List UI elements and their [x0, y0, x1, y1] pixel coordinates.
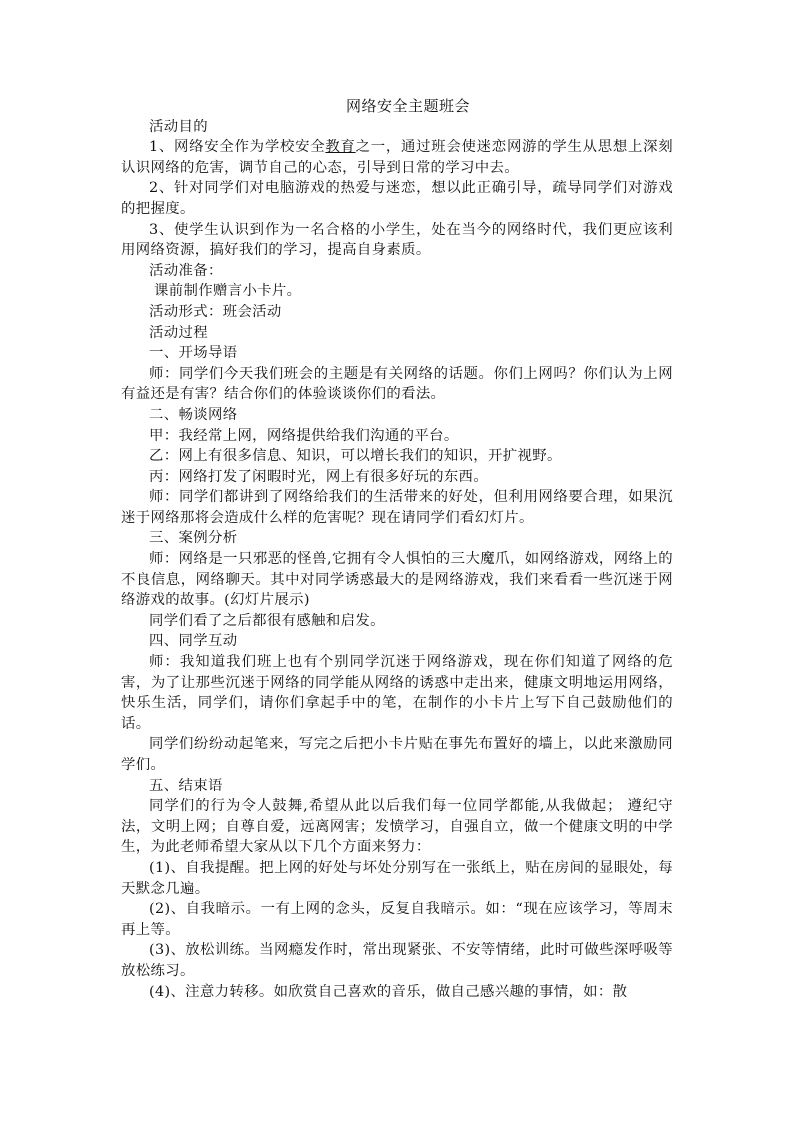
goal-item-2: 2、针对同学们对电脑游戏的热爱与迷恋，想以此正确引导，疏导同学们对游戏的把握度。: [121, 178, 673, 219]
heading-activity-prep: 活动准备：: [121, 261, 673, 282]
section-2-student-c: 丙：网络打发了闲暇时光，网上有很多好玩的东西。: [121, 467, 673, 488]
section-4-teacher: 师：我知道我们班上也有个别同学沉迷于网络游戏，现在你们知道了网络的危害，为了让那…: [121, 652, 673, 734]
section-2-teacher: 师：同学们都讲到了网络给我们的生活带来的好处，但利用网络要合理，如果沉迷于网络那…: [121, 487, 673, 528]
section-2-student-b: 乙：网上有很多信息、知识，可以增长我们的知识，开扩视野。: [121, 446, 673, 467]
section-2-heading: 二、畅谈网络: [121, 405, 673, 426]
section-5-text: 同学们的行为令人鼓舞,希望从此以后我们每一位同学都能,从我做起； 遵纪守法，文明…: [121, 796, 673, 858]
section-1-teacher: 师：同学们今天我们班会的主题是有关网络的话题。你们上网吗？你们认为上网有益还是有…: [121, 364, 673, 405]
goal-item-3: 3、使学生认识到作为一名合格的小学生，处在当今的网络时代，我们更应该利用网络资源…: [121, 220, 673, 261]
tip-4: (4)、注意力转移。如欣赏自己喜欢的音乐，做自己感兴趣的事情，如：散: [121, 982, 673, 1003]
section-3-response: 同学们看了之后都很有感触和启发。: [121, 611, 673, 632]
education-link[interactable]: 教育: [325, 139, 355, 155]
section-4-heading: 四、同学互动: [121, 631, 673, 652]
prep-text: 课前制作赠言小卡片。: [121, 281, 673, 302]
document-title: 网络安全主题班会: [121, 96, 673, 117]
section-4-response: 同学们纷纷动起笔来，写完之后把小卡片贴在事先布置好的墙上，以此来激励同学们。: [121, 734, 673, 775]
tip-2: (2)、自我暗示。一有上网的念头，反复自我暗示。如：“现在应该学习，等周末再上等…: [121, 899, 673, 940]
document-page: 网络安全主题班会 活动目的 1、网络安全作为学校安全教育之一，通过班会使迷恋网游…: [121, 96, 673, 1002]
heading-activity-process: 活动过程: [121, 323, 673, 344]
tip-1: (1)、自我提醒。把上网的好处与坏处分别写在一张纸上，贴在房间的显眼处，每天默念…: [121, 858, 673, 899]
tip-3: (3)、放松训练。当网瘾发作时，常出现紧张、不安等情绪，此时可做些深呼吸等放松练…: [121, 940, 673, 981]
section-5-heading: 五、结束语: [121, 776, 673, 797]
goal-item-1-pre: 1、网络安全作为学校安全: [149, 139, 325, 155]
activity-form: 活动形式：班会活动: [121, 302, 673, 323]
heading-activity-goal: 活动目的: [121, 117, 673, 138]
section-2-student-a: 甲：我经常上网，网络提供给我们沟通的平台。: [121, 426, 673, 447]
section-3-heading: 三、案例分析: [121, 528, 673, 549]
section-3-teacher: 师：网络是一只邪恶的怪兽,它拥有令人惧怕的三大魔爪，如网络游戏，网络上的不良信息…: [121, 549, 673, 611]
section-1-heading: 一、开场导语: [121, 343, 673, 364]
goal-item-1: 1、网络安全作为学校安全教育之一，通过班会使迷恋网游的学生从思想上深刻认识网络的…: [121, 137, 673, 178]
